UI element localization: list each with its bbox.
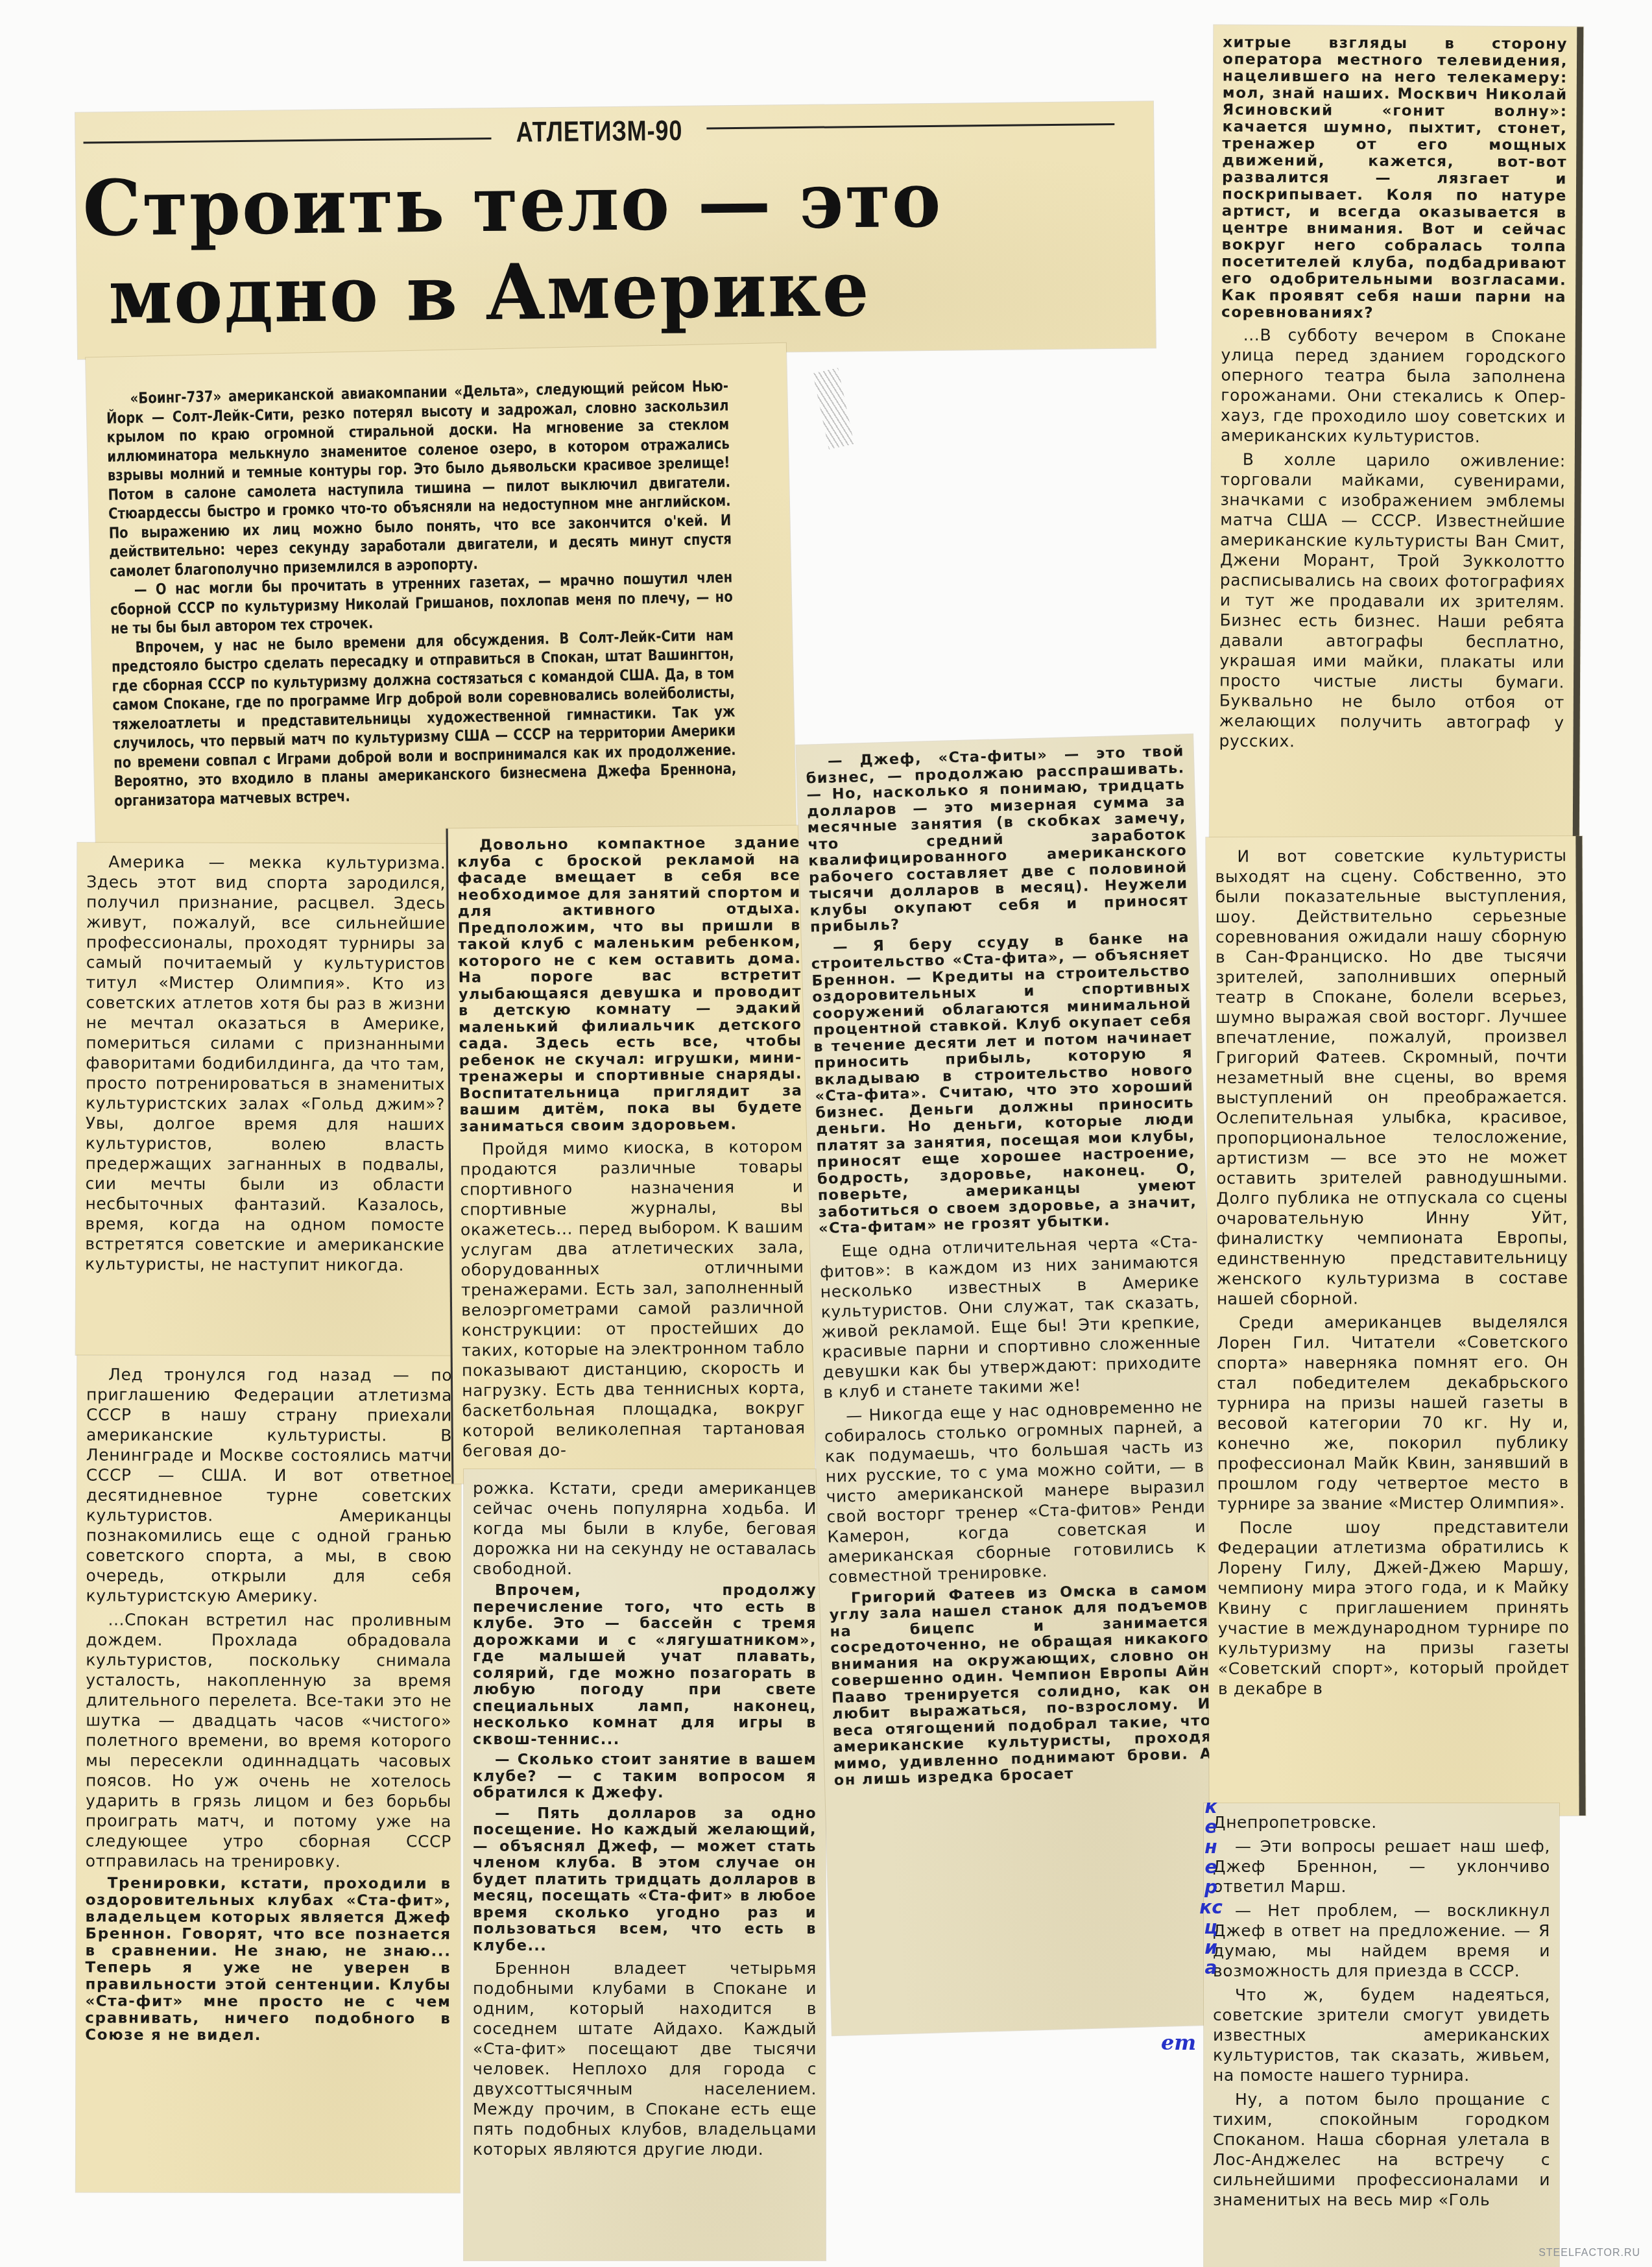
lead-text: «Боинг-737» американской авиакомпании «Д… bbox=[106, 377, 737, 811]
headline-line-1: Строить тело — это bbox=[82, 154, 1106, 252]
column-4-bottom-clipping: Днепропетровске. — Эти вопросы решает на… bbox=[1204, 1803, 1559, 2267]
paragraph: Пройдя мимо киоска, в котором продаются … bbox=[460, 1136, 806, 1461]
lead-paragraph: Впрочем, у нас не было времени для обсуж… bbox=[111, 625, 737, 811]
column-2-top-text: Довольно компактное здание клуба с броск… bbox=[457, 835, 806, 1465]
paragraph: И вот советские культуристы выходят на с… bbox=[1215, 845, 1568, 1309]
site-watermark: STEELFACTOR.RU bbox=[1538, 2248, 1640, 2259]
column-2-bottom-text: рожка. Кстати, среди американцев сейчас … bbox=[473, 1478, 817, 2163]
rubric-rule-right bbox=[707, 123, 1115, 129]
paragraph: Лед тронулся год назад — по приглашению … bbox=[86, 1365, 452, 1607]
lead-paragraph: «Боинг-737» американской авиакомпании «Д… bbox=[106, 377, 732, 581]
column-4-top-clipping: хитрые взгляды в сторону оператора местн… bbox=[1210, 25, 1584, 848]
headline-clipping: АТЛЕТИЗМ-90 Строить тело — это модно в А… bbox=[75, 101, 1156, 359]
paragraph: Ну, а потом было прощание с тихим, споко… bbox=[1213, 2089, 1550, 2210]
paragraph: рожка. Кстати, среди американцев сейчас … bbox=[473, 1478, 817, 1579]
paragraph-bold: — Сколько стоит занятие в вашем клубе? —… bbox=[473, 1752, 817, 1802]
paragraph: Что ж, будем надеяться, советские зрител… bbox=[1213, 1985, 1550, 2085]
column-1-top-clipping: Америка — мекка культуризма. Здесь этот … bbox=[76, 843, 455, 1356]
paragraph-bold: Впрочем, продолжу перечисление того, что… bbox=[473, 1583, 817, 1748]
column-3-text: — Джеф, «Ста-фиты» — это твой бизнес, — … bbox=[806, 743, 1214, 1793]
column-1-bottom-text: Лед тронулся год назад — по приглашению … bbox=[85, 1365, 452, 2048]
rubric-bar: АТЛЕТИЗМ-90 bbox=[75, 106, 1154, 156]
column-1-bottom-clipping: Лед тронулся год назад — по приглашению … bbox=[76, 1355, 461, 2192]
paragraph-bold: Довольно компактное здание клуба с броск… bbox=[457, 835, 803, 1136]
paragraph: — Никогда еще у нас одновременно не соби… bbox=[824, 1395, 1208, 1587]
headline-line-2: модно в Америке bbox=[83, 242, 1107, 341]
paragraph: Среди американцев выделялся Лорен Гил. Ч… bbox=[1217, 1312, 1569, 1514]
paragraph-bold: — Пять долларов за одно посещение. Но ка… bbox=[473, 1806, 817, 1955]
column-2-bottom-clipping: рожка. Кстати, среди американцев сейчас … bbox=[464, 1469, 826, 2261]
paragraph: — Эти вопросы решает наш шеф, Джеф Бренн… bbox=[1213, 1836, 1550, 1897]
column-4-middle-text: И вот советские культуристы выходят на с… bbox=[1215, 845, 1570, 1703]
paragraph: ...В субботу вечером в Спокане улица пер… bbox=[1221, 325, 1566, 448]
paragraph-bold: — Джеф, «Ста-фиты» — это твой бизнес, — … bbox=[806, 743, 1190, 936]
column-2-top-clipping: Довольно компактное здание клуба с броск… bbox=[446, 826, 815, 1484]
column-3-clipping: — Джеф, «Ста-фиты» — это твой бизнес, — … bbox=[796, 734, 1228, 2035]
handwritten-annotation: кенер ксциа bbox=[1199, 1797, 1223, 1978]
handwritten-annotation-tail: ет bbox=[1161, 2030, 1196, 2055]
paragraph: Днепропетровске. bbox=[1213, 1812, 1550, 1832]
paragraph: После шоу представители Федерации атлети… bbox=[1217, 1517, 1570, 1699]
pencil-smudge bbox=[813, 368, 854, 450]
paragraph: Еще одна отличительная черта «Ста-фитов»… bbox=[819, 1230, 1203, 1402]
column-4-bottom-text: Днепропетровске. — Эти вопросы решает на… bbox=[1213, 1812, 1550, 2214]
article-headline: Строить тело — это модно в Америке bbox=[82, 154, 1107, 341]
column-4-top-text: хитрые взгляды в сторону оператора местн… bbox=[1219, 34, 1568, 757]
paragraph-bold: хитрые взгляды в сторону оператора местн… bbox=[1221, 34, 1568, 323]
paragraph-bold: Тренировки, кстати, проходили в оздорови… bbox=[85, 1875, 451, 2045]
paragraph: Америка — мекка культуризма. Здесь этот … bbox=[85, 852, 446, 1275]
paragraph: В холле царило оживление: торговали майк… bbox=[1219, 450, 1565, 753]
rubric-label: АТЛЕТИЗМ-90 bbox=[516, 115, 682, 149]
rubric-rule-left bbox=[84, 138, 492, 144]
paragraph: Бреннон владеет четырьмя подобными клуба… bbox=[473, 1958, 817, 2159]
column-4-middle-clipping: И вот советские культуристы выходят на с… bbox=[1206, 836, 1585, 1817]
paragraph-bold: — Я беру ссуду в банке на строительство … bbox=[811, 930, 1198, 1238]
paragraph: ...Спокан встретил нас проливным дождем.… bbox=[86, 1610, 452, 1872]
paragraph: — Нет проблем, — воскликнул Джеф в ответ… bbox=[1213, 1901, 1550, 1981]
column-1-top-text: Америка — мекка культуризма. Здесь этот … bbox=[85, 852, 446, 1279]
paragraph-bold: Григорий Фатеев из Омска в самом углу за… bbox=[829, 1580, 1213, 1789]
lead-clipping: «Боинг-737» американской авиакомпании «Д… bbox=[86, 343, 796, 857]
